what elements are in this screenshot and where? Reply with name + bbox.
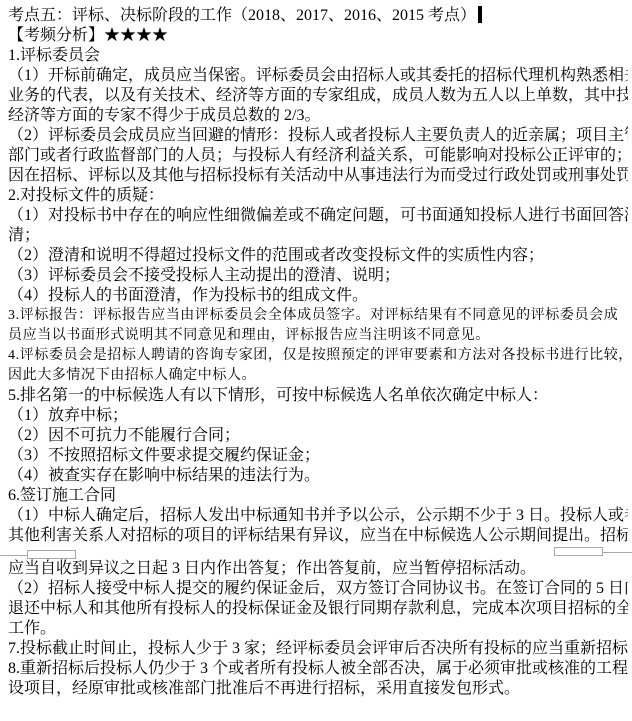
text-line: （1）中标人确定后，招标人发出中标通知书并予以公示，公示期不少于 3 日。投标人… [8,506,628,526]
text-run: 员应当以书面形式说明其不同意见和理由，评标报告应当注明该不同意见。 [8,328,490,343]
text-line: （1）对投标书中存在的响应性细微偏差或不确定问题，可书面通知投标人进行书面回答澄 [8,206,628,226]
text-run: 6.签订施工合同 [8,487,116,504]
text-run: 经济等方面的专家不得少于成员总数的 2/3。 [8,107,320,124]
text-line: 退还中标人和其他所有投标人的投标保证金及银行同期存款利息，完成本次项目招标的全部 [8,599,628,619]
frequency-line: 【考频分析】★★★★ [8,26,628,46]
text-line: （1）放弃中标； [8,406,628,426]
text-run: （4）被查实存在影响中标结果的违法行为。 [8,467,320,484]
text-line: 部门或者行政监督部门的人员；与投标人有经济利益关系，可能影响对投标公正评审的；曾 [8,146,628,166]
text-run: （4）投标人的书面澄清，作为投标书的组成文件。 [8,287,368,304]
text-line: 其他利害关系人对招标的项目的评标结果有异议，应当在中标候选人公示期间提出。招标人 [8,526,628,546]
text-line: 5.排名第一的中标候选人有以下情形，可按中标候选人名单依次确定中标人： [8,386,628,406]
text-line: 工作。 [8,619,628,639]
text-line: （2）评标委员会成员应当回避的情形：投标人或者投标人主要负责人的近亲属；项目主管 [8,126,628,146]
text-run: 4.评标委员会是招标人聘请的咨询专家团，仅是按照预定的评审要素和方法对各投标书进… [8,348,628,363]
text-line: 因在招标、评标以及其他与招标投标有关活动中从事违法行为而受过行政处罚或刑事处罚的… [8,166,628,186]
text-line: 因此大多情况下由招标人确定中标人。 [8,366,628,386]
text-line: 1.评标委员会 [8,46,628,66]
text-line: 设项目，经原审批或核准部门批准后不再进行招标，采用直接发包形式。 [8,679,628,699]
document-page: 考点五：评标、决标阶段的工作（2018、2017、2016、2015 考点）【考… [0,0,632,721]
document-text-area[interactable]: 考点五：评标、决标阶段的工作（2018、2017、2016、2015 考点）【考… [8,6,628,699]
text-line: （3）不按照招标文件要求提交履约保证金； [8,446,628,466]
text-line: 6.签订施工合同 [8,486,628,506]
text-line: 经济等方面的专家不得少于成员总数的 2/3。 [8,106,628,126]
text-run: 应当自收到异议之日起 3 日内作出答复；作出答复前，应当暂停招标活动。 [8,560,536,577]
text-run: （1）开标前确定，成员应当保密。评标委员会由招标人或其委托的招标代理机构熟悉相关 [8,67,628,84]
text-run: （2）评标委员会成员应当回避的情形：投标人或者投标人主要负责人的近亲属；项目主管 [8,127,628,144]
text-cursor [478,6,482,23]
text-line: 3.评标报告：评标报告应当由评标委员会全体成员签字。对评标结果有不同意见的评标委… [8,306,628,326]
text-run: （2）因不可抗力不能履行合同； [8,427,240,444]
text-line: （2）因不可抗力不能履行合同； [8,426,628,446]
text-line: （3）评标委员会不接受投标人主动提出的澄清、说明； [8,266,628,286]
page-title: 考点五：评标、决标阶段的工作（2018、2017、2016、2015 考点） [8,6,628,26]
text-line: 员应当以书面形式说明其不同意见和理由，评标报告应当注明该不同意见。 [8,326,628,346]
text-run: 3.评标报告：评标报告应当由评标委员会全体成员签字。对评标结果有不同意见的评标委… [8,308,618,323]
text-line: 清； [8,226,628,246]
text-run: 业务的代表，以及有关技术、经济等方面的专家组成，成员人数为五人以上单数，其中技术… [8,87,628,104]
page-break-left-line [0,555,27,556]
text-line: 应当自收到异议之日起 3 日内作出答复；作出答复前，应当暂停招标活动。 [8,559,628,579]
text-line: 2.对投标文件的质疑： [8,186,628,206]
page-break-right-line [603,552,632,553]
text-run: （2）招标人接受中标人提交的履约保证金后，双方签订合同协议书。在签订合同的 5 … [8,580,628,597]
text-line: （4）被查实存在影响中标结果的违法行为。 [8,466,628,486]
text-run: 2.对投标文件的质疑： [8,187,164,204]
text-line: 7.投标截止时间止，投标人少于 3 家；经评标委员会评审后否决所有投标的应当重新… [8,639,628,659]
page-break-right-corner-mark [554,547,603,556]
text-line: 4.评标委员会是招标人聘请的咨询专家团，仅是按照预定的评审要素和方法对各投标书进… [8,346,628,366]
text-run: （3）不按照招标文件要求提交履约保证金； [8,447,320,464]
text-line: 8.重新招标后投标人仍少于 3 个或者所有投标人被全部否决，属于必须审批或核准的… [8,659,628,679]
text-run: （3）评标委员会不接受投标人主动提出的澄清、说明； [8,267,400,284]
text-run: 退还中标人和其他所有投标人的投标保证金及银行同期存款利息，完成本次项目招标的全部 [8,600,628,617]
text-run: （2）澄清和说明不得超过投标文件的范围或者改变投标文件的实质性内容； [8,247,544,264]
text-run: 【考频分析】★★★★ [8,27,168,44]
text-run: 1.评标委员会 [8,47,100,64]
text-line: （1）开标前确定，成员应当保密。评标委员会由招标人或其委托的招标代理机构熟悉相关 [8,66,628,86]
text-run: 设项目，经原审批或核准部门批准后不再进行招标，采用直接发包形式。 [8,680,520,697]
text-run: 其他利害关系人对招标的项目的评标结果有异议，应当在中标候选人公示期间提出。招标人 [8,527,628,544]
text-run: 因在招标、评标以及其他与招标投标有关活动中从事违法行为而受过行政处罚或刑事处罚的… [8,167,628,184]
text-run: 部门或者行政监督部门的人员；与投标人有经济利益关系，可能影响对投标公正评审的；曾 [8,147,628,164]
text-run: 考点五：评标、决标阶段的工作（2018、2017、2016、2015 考点） [8,7,476,24]
page-break-marker [0,546,632,559]
text-run: 8.重新招标后投标人仍少于 3 个或者所有投标人被全部否决，属于必须审批或核准的… [8,660,628,677]
text-run: 7.投标截止时间止，投标人少于 3 家；经评标委员会评审后否决所有投标的应当重新… [8,640,628,657]
text-run: 清； [8,227,40,244]
text-run: 因此大多情况下由招标人确定中标人。 [8,368,256,383]
text-run: 工作。 [8,620,56,637]
text-run: （1）对投标书中存在的响应性细微偏差或不确定问题，可书面通知投标人进行书面回答澄 [8,207,628,224]
page-break-left-corner-mark [27,550,76,559]
text-line: （2）招标人接受中标人提交的履约保证金后，双方签订合同协议书。在签订合同的 5 … [8,579,628,599]
text-line: （2）澄清和说明不得超过投标文件的范围或者改变投标文件的实质性内容； [8,246,628,266]
text-run: 5.排名第一的中标候选人有以下情形，可按中标候选人名单依次确定中标人： [8,387,548,404]
text-line: 业务的代表，以及有关技术、经济等方面的专家组成，成员人数为五人以上单数，其中技术… [8,86,628,106]
text-run: （1）放弃中标； [8,407,128,424]
text-run: （1）中标人确定后，招标人发出中标通知书并予以公示，公示期不少于 3 日。投标人… [8,507,628,524]
text-line: （4）投标人的书面澄清，作为投标书的组成文件。 [8,286,628,306]
